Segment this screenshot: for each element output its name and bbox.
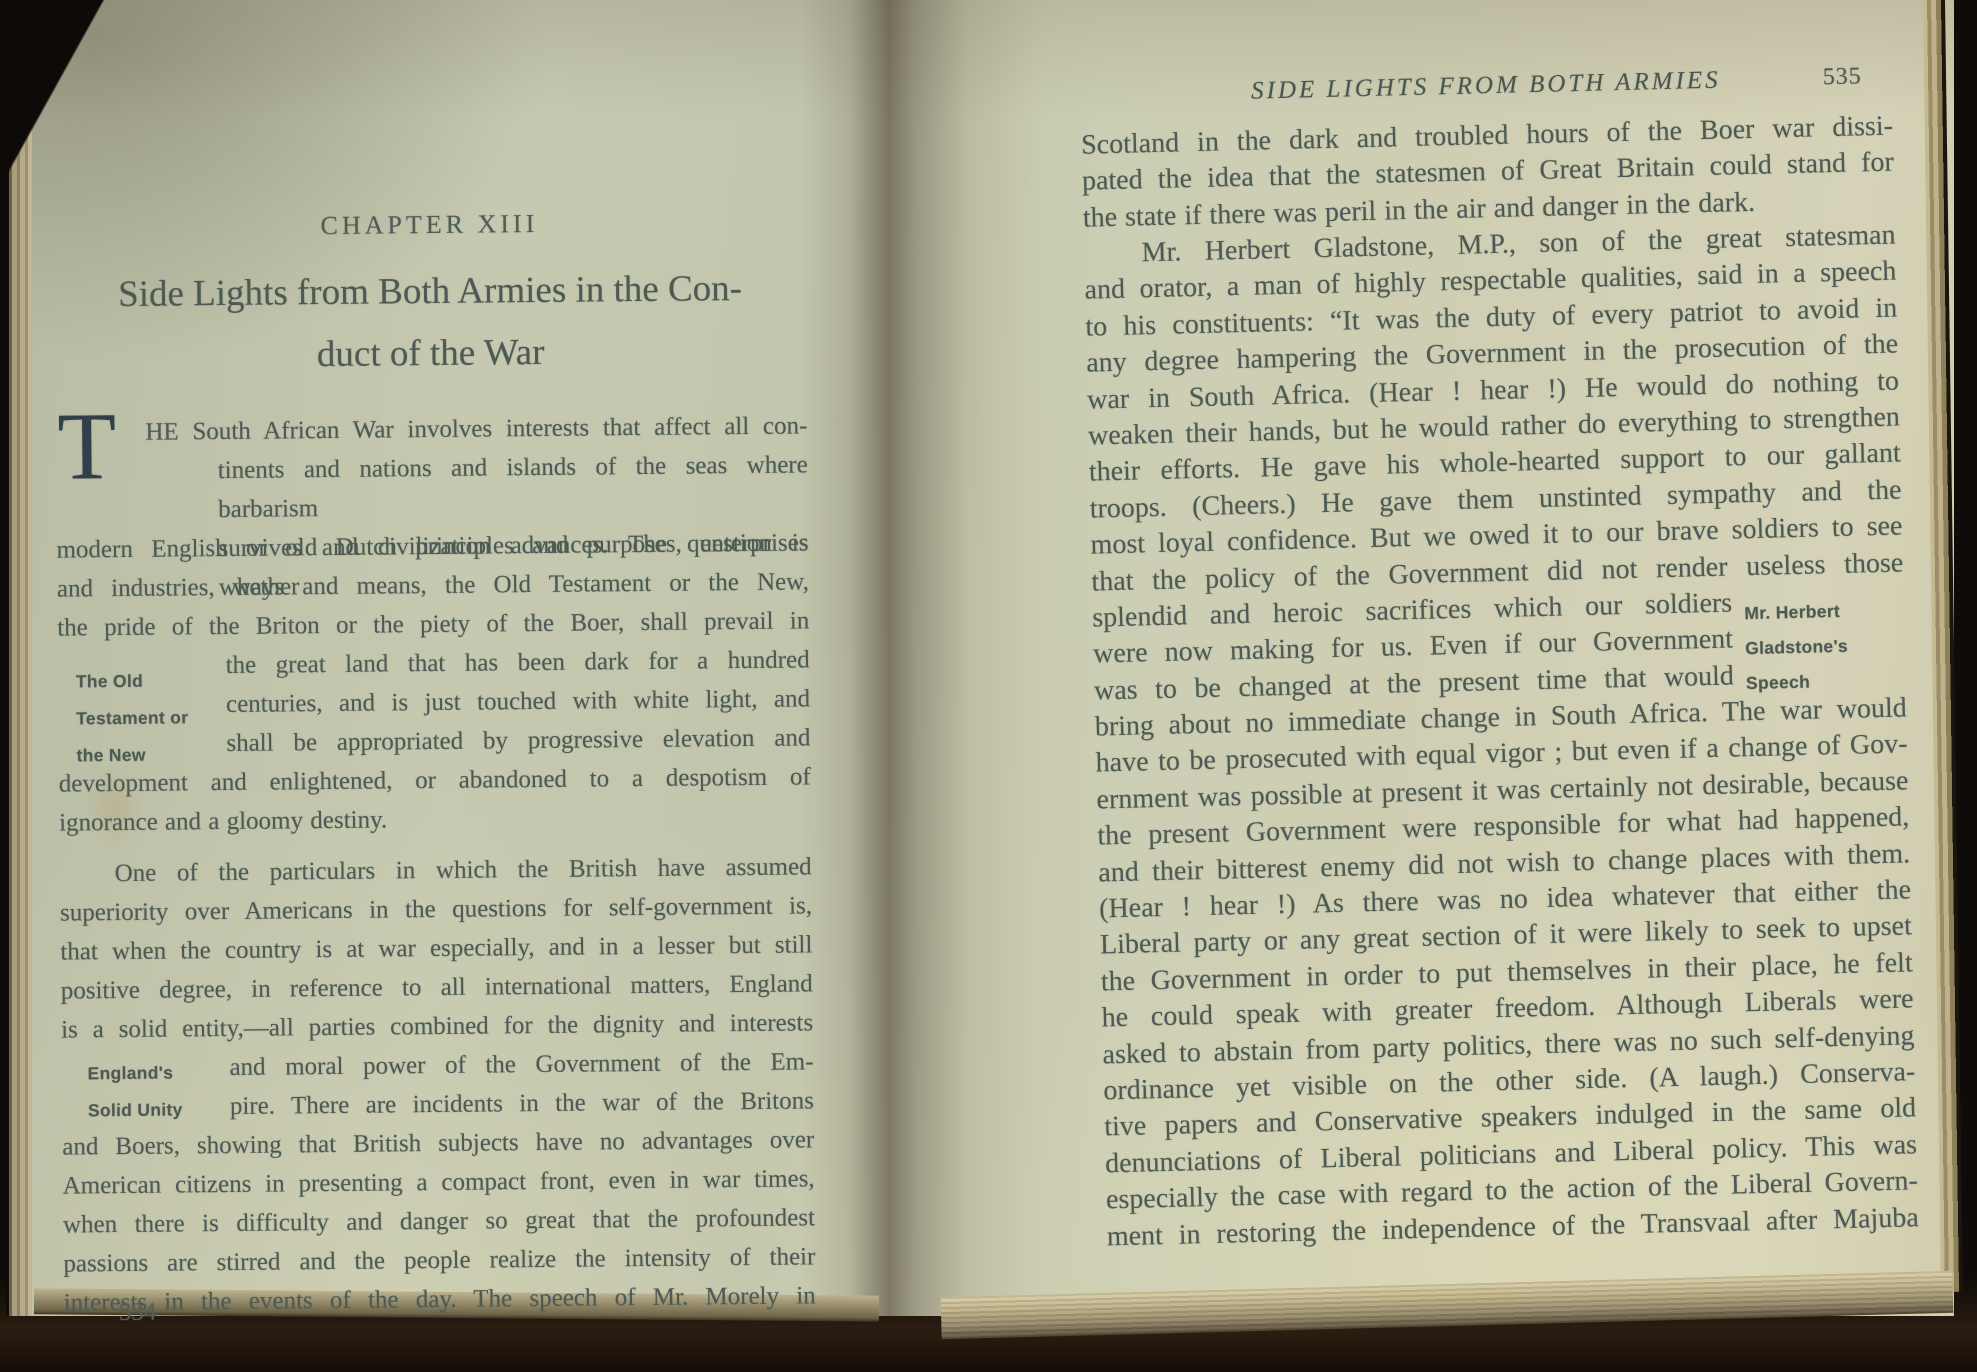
text-line: tinents and nations and islands of the s… [56, 445, 809, 530]
text-line: Testament or [76, 699, 189, 737]
chapter-title-line-1: Side Lights from Both Armies in the Con- [54, 266, 806, 316]
paragraph-1-final-lines: development and enlightened, or abandone… [59, 757, 812, 842]
paragraph-2-lines: One of the particulars in which the Brit… [59, 847, 813, 1049]
paragraph-1-inset-lines: the great land that has been dark for a … [225, 640, 810, 763]
page-number-534: 534 [119, 1298, 239, 1327]
text-line: England's [87, 1054, 182, 1092]
running-head-row: SIDE LIGHTS FROM BOTH ARMIES 535 [1080, 63, 1892, 110]
text-line: pire. There are incidents in the war of … [230, 1081, 814, 1126]
page-number-535: 535 [1822, 63, 1862, 91]
sidenote-englands-solid-unity: England'sSolid Unity [87, 1054, 182, 1129]
sidenote-old-testament: The OldTestament orthe New [76, 662, 189, 774]
paragraph-a-lines: Scotland in the dark and troubled hours … [1081, 109, 1895, 237]
page-edges-right [1923, 0, 1963, 1292]
paragraph-b-final-lines: bring about no immediate change in South… [1094, 690, 1919, 1255]
sidenote-gladstones-speech: Mr. HerbertGladstone'sSpeech [1744, 594, 1849, 701]
running-head: SIDE LIGHTS FROM BOTH ARMIES [1080, 63, 1892, 110]
text-line: ignorance and a gloomy destiny. [59, 796, 811, 842]
text-line: centuries, and is just touched with whit… [226, 679, 810, 724]
text-line: Solid Unity [88, 1091, 183, 1129]
text-line: Mr. Herbert [1744, 594, 1848, 631]
chapter-title-line-2: duct of the War [54, 328, 806, 378]
book-gutter-shadow [800, 0, 1106, 1316]
text-line: the great land that has been dark for a … [225, 640, 809, 685]
paragraph-2-inset-lines: and moral power of the Government of the… [229, 1042, 814, 1126]
left-page: CHAPTER XIII Side Lights from Both Armie… [51, 0, 816, 1320]
text-line: Gladstone's [1745, 629, 1849, 666]
text-line: shall be appropriated by progressive ele… [226, 718, 810, 763]
paragraph-b-lines: Mr. Herbert Gladstone, M.P., son of the … [1083, 218, 1903, 601]
paragraph-2-final-lines: and Boers, showing that British subjects… [62, 1120, 816, 1322]
text-line: and moral power of the Government of the… [229, 1042, 813, 1087]
chapter-heading: CHAPTER XIII [53, 206, 805, 243]
paragraph-b-inset-lines: splendid and heroic sacrifices which our… [1092, 585, 1734, 709]
text-line: The Old [76, 662, 189, 700]
book-photo: CHAPTER XIII Side Lights from Both Armie… [0, 0, 1977, 1372]
text-line: development and enlightened, or abandone… [59, 757, 811, 803]
right-page: SIDE LIGHTS FROM BOTH ARMIES 535 Scotlan… [1078, 0, 1921, 1325]
paragraph-1-lines: modern English or old Dutch principles a… [56, 523, 809, 647]
